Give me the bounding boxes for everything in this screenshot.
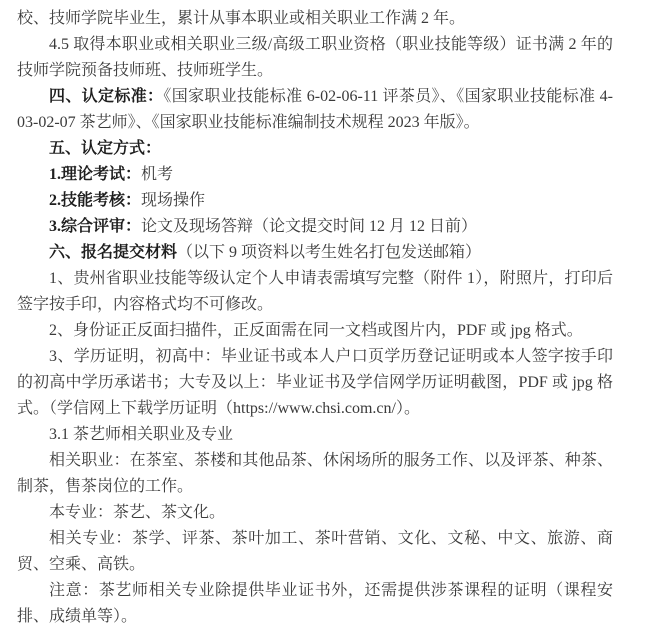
paragraph-comprehensive-review: 3.综合评审：论文及现场答辩（论文提交时间 12 月 12 日前） — [17, 214, 613, 240]
chsi-url-text: https://www.chsi.com.cn/ — [233, 400, 396, 417]
text-run: 校、技师学院毕业生，累计从事本职业或相关职业工作满 2 年。 — [17, 10, 465, 27]
paragraph-own-major: 本专业：茶艺、茶文化。 — [17, 500, 613, 526]
text-run: 本专业：茶艺、茶文化。 — [49, 504, 225, 521]
section-heading-methods: 五、认定方式： — [49, 140, 161, 157]
paragraph-section-4-standards: 四、认定标准：《国家职业技能标准 6-02-06-11 评茶员》、《国家职业技能… — [17, 84, 613, 136]
paragraph-clause-3-1-title: 3.1 茶艺师相关职业及专业 — [17, 422, 613, 448]
paragraph-section-6-materials: 六、报名提交材料（以下 9 项资料以考生姓名打包发送邮箱） — [17, 240, 613, 266]
text-run: 3.1 茶艺师相关职业及专业 — [49, 426, 233, 443]
text-run: 现场操作 — [141, 192, 205, 209]
text-run: 论文及现场答辩（论文提交时间 12 月 12 日前） — [141, 218, 477, 235]
text-run: 相关专业：茶学、评茶、茶叶加工、茶叶营销、文化、文秘、中文、旅游、商贸、空乘、高… — [17, 530, 613, 573]
paragraph-clause-4-5: 4.5 取得本职业或相关职业三级/高级工职业资格（职业技能等级）证书满 2 年的… — [17, 32, 613, 84]
paragraph-skill-assessment: 2.技能考核：现场操作 — [17, 188, 613, 214]
paragraph-theory-exam: 1.理论考试：机考 — [17, 162, 613, 188]
document-page: 校、技师学院毕业生，累计从事本职业或相关职业工作满 2 年。 4.5 取得本职业… — [0, 0, 645, 624]
paragraph-material-application-form: 1、贵州省职业技能等级认定个人申请表需填写完整（附件 1），附照片，打印后签字按… — [17, 266, 613, 318]
text-run: 2、身份证正反面扫描件，正反面需在同一文档或图片内，PDF 或 jpg 格式。 — [49, 322, 583, 339]
section-heading-materials: 六、报名提交材料 — [49, 244, 177, 261]
text-run: 1、贵州省职业技能等级认定个人申请表需填写完整（附件 1），附照片，打印后签字按… — [17, 270, 613, 313]
text-run: 注意：茶艺师相关专业除提供毕业证书外，还需提供涉茶课程的证明（课程安排、成绩单等… — [17, 582, 613, 624]
text-run: 机考 — [141, 166, 173, 183]
paragraph-related-majors: 相关专业：茶学、评茶、茶叶加工、茶叶营销、文化、文秘、中文、旅游、商贸、空乘、高… — [17, 526, 613, 578]
text-run: ）。 — [396, 400, 420, 417]
item-label-theory-exam: 1.理论考试： — [49, 166, 141, 183]
item-label-comprehensive-review: 3.综合评审： — [49, 218, 141, 235]
section-heading-standards: 四、认定标准： — [49, 88, 163, 105]
item-label-skill-assessment: 2.技能考核： — [49, 192, 141, 209]
text-run: 4.5 取得本职业或相关职业三级/高级工职业资格（职业技能等级）证书满 2 年的… — [17, 36, 613, 79]
paragraph-material-education-proof: 3、学历证明，初高中：毕业证书或本人户口页学历登记证明或本人签字按手印的初高中学… — [17, 344, 613, 422]
paragraph-section-5-methods: 五、认定方式： — [17, 136, 613, 162]
paragraph-material-id-scan: 2、身份证正反面扫描件，正反面需在同一文档或图片内，PDF 或 jpg 格式。 — [17, 318, 613, 344]
text-run: 相关职业：在茶室、茶楼和其他品茶、休闲场所的服务工作、以及评茶、种茶、制茶，售茶… — [17, 452, 613, 495]
text-run: （以下 9 项资料以考生姓名打包发送邮箱） — [177, 244, 481, 261]
paragraph-related-occupations: 相关职业：在茶室、茶楼和其他品茶、休闲场所的服务工作、以及评茶、种茶、制茶，售茶… — [17, 448, 613, 500]
paragraph-note-tea-courses: 注意：茶艺师相关专业除提供毕业证书外，还需提供涉茶课程的证明（课程安排、成绩单等… — [17, 578, 613, 624]
paragraph-graduates-continuation: 校、技师学院毕业生，累计从事本职业或相关职业工作满 2 年。 — [17, 6, 613, 32]
